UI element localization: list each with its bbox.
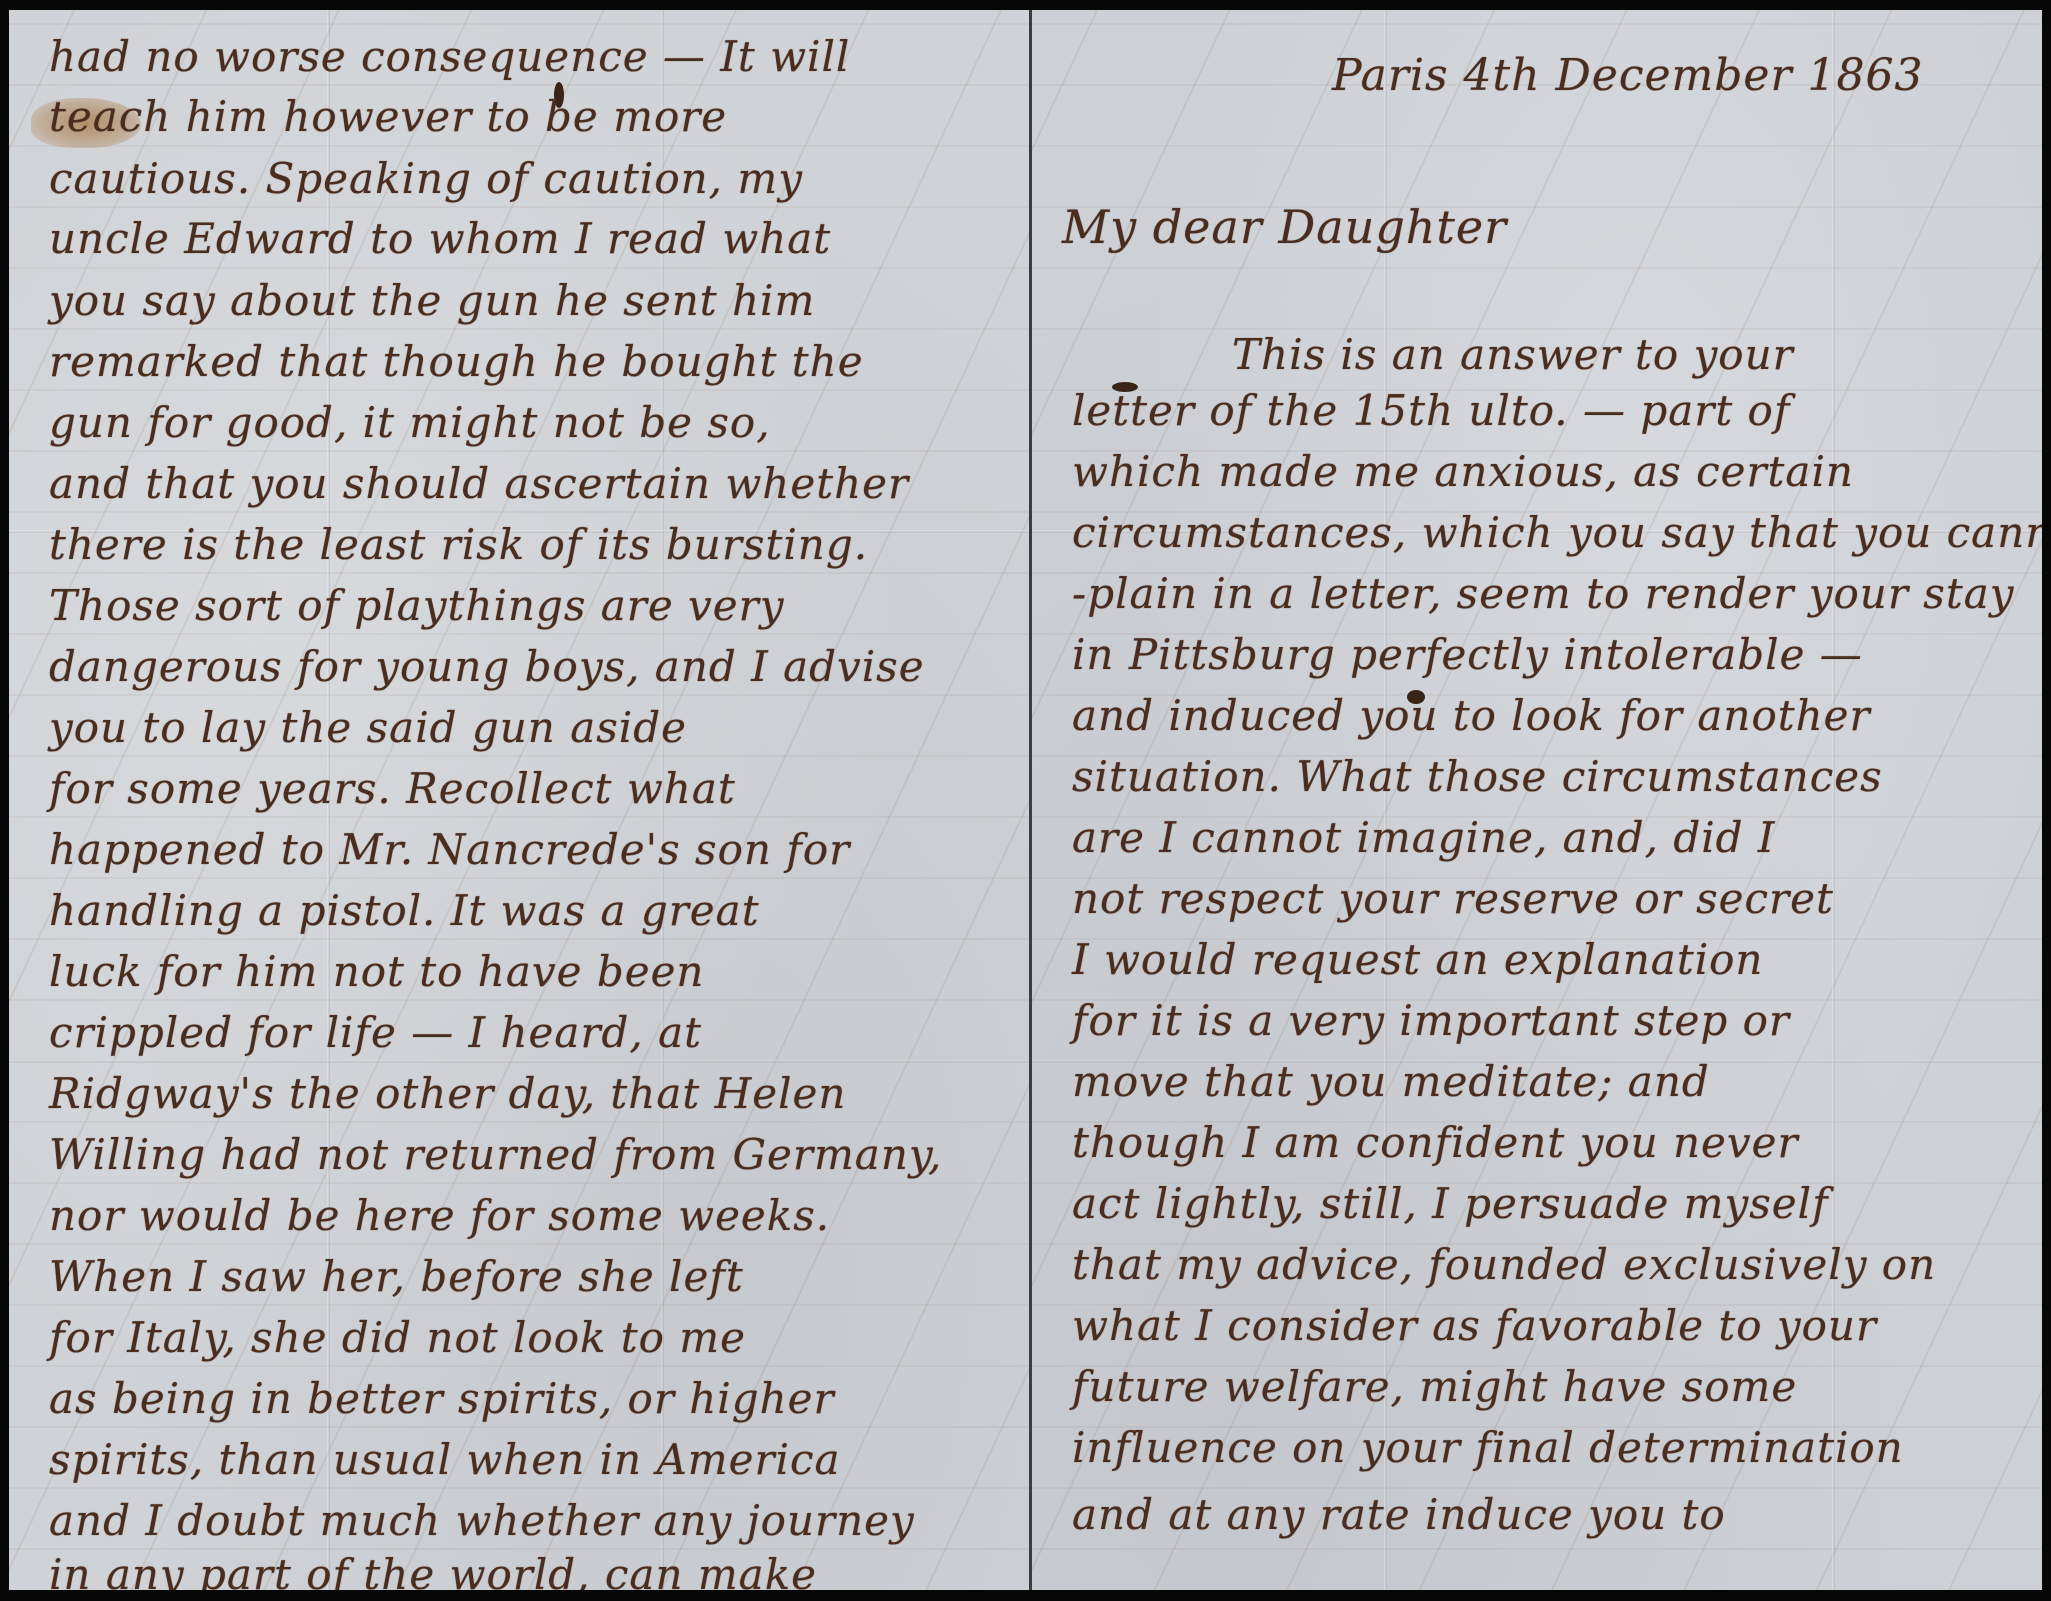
letter-line: uncle Edward to whom I read what <box>49 214 831 263</box>
letter-line: Ridgway's the other day, that Helen <box>49 1069 846 1118</box>
letter-line: had no worse consequence — It will <box>49 32 850 81</box>
letter-salutation: My dear Daughter <box>1062 200 1507 254</box>
letter-line: in Pittsburg perfectly intolerable — <box>1072 630 1863 679</box>
letter-line: nor would be here for some weeks. <box>49 1191 830 1240</box>
letter-line: you to lay the said gun aside <box>49 703 687 752</box>
left-page: had no worse consequence — It will teach… <box>9 10 1030 1590</box>
letter-line: -plain in a letter, seem to render your … <box>1072 569 2014 618</box>
letter-line: future welfare, might have some <box>1072 1362 1797 1411</box>
letter-line: and induced you to look for another <box>1072 691 1871 740</box>
letter-line: influence on your final determination <box>1072 1423 1904 1472</box>
right-page: Paris 4th December 1863 My dear Daughter… <box>1032 10 2042 1590</box>
letter-line: not respect your reserve or secret <box>1072 874 1834 923</box>
letter-line: for some years. Recollect what <box>49 764 736 813</box>
letter-line: crippled for life — I heard, at <box>49 1008 702 1057</box>
letter-line: dangerous for young boys, and I advise <box>49 642 925 691</box>
letter-line: luck for him not to have been <box>49 947 704 996</box>
letter-line: in any part of the world, can make <box>49 1550 817 1590</box>
letter-line: though I am confident you never <box>1072 1118 1799 1167</box>
letter-line: and that you should ascertain whether <box>49 459 909 508</box>
letter-line: Those sort of playthings are very <box>49 581 784 630</box>
letter-line: as being in better spirits, or higher <box>49 1374 835 1423</box>
letter-line: that my advice, founded exclusively on <box>1072 1240 1936 1289</box>
letter-line: what I consider as favorable to your <box>1072 1301 1877 1350</box>
letter-line: This is an answer to your <box>1232 330 1794 379</box>
letter-line: situation. What those circumstances <box>1072 752 1883 801</box>
letter-line: spirits, than usual when in America <box>49 1435 841 1484</box>
letter-line: cautious. Speaking of caution, my <box>49 154 803 203</box>
letter-line: and at any rate induce you to <box>1072 1490 1726 1539</box>
fold-line-horizontal <box>9 1060 1030 1063</box>
letter-line: act lightly, still, I persuade myself <box>1072 1179 1829 1228</box>
letter-date: Paris 4th December 1863 <box>1332 50 1923 101</box>
letter-line: and I doubt much whether any journey <box>49 1496 915 1545</box>
letter-line: which made me anxious, as certain <box>1072 447 1854 496</box>
letter-line: happened to Mr. Nancrede's son for <box>49 825 850 874</box>
letter-line: for it is a very important step or <box>1072 996 1790 1045</box>
letter-line: When I saw her, before she left <box>49 1252 744 1301</box>
letter-scan: had no worse consequence — It will teach… <box>0 0 2051 1601</box>
letter-line: gun for good, it might not be so, <box>49 398 771 447</box>
letter-line: teach him however to be more <box>49 92 727 141</box>
letter-line: remarked that though he bought the <box>49 337 864 386</box>
letter-line: letter of the 15th ulto. — part of <box>1072 386 1790 435</box>
letter-line: are I cannot imagine, and, did I <box>1072 813 1776 862</box>
letter-line: for Italy, she did not look to me <box>49 1313 746 1362</box>
letter-line: I would request an explanation <box>1072 935 1763 984</box>
letter-line: you say about the gun he sent him <box>49 276 815 325</box>
letter-line: circumstances, which you say that you ca… <box>1072 508 2042 557</box>
letter-line: there is the least risk of its bursting. <box>49 520 868 569</box>
letter-line: handling a pistol. It was a great <box>49 886 760 935</box>
letter-line: move that you meditate; and <box>1072 1057 1710 1106</box>
letter-line: Willing had not returned from Germany, <box>49 1130 942 1179</box>
